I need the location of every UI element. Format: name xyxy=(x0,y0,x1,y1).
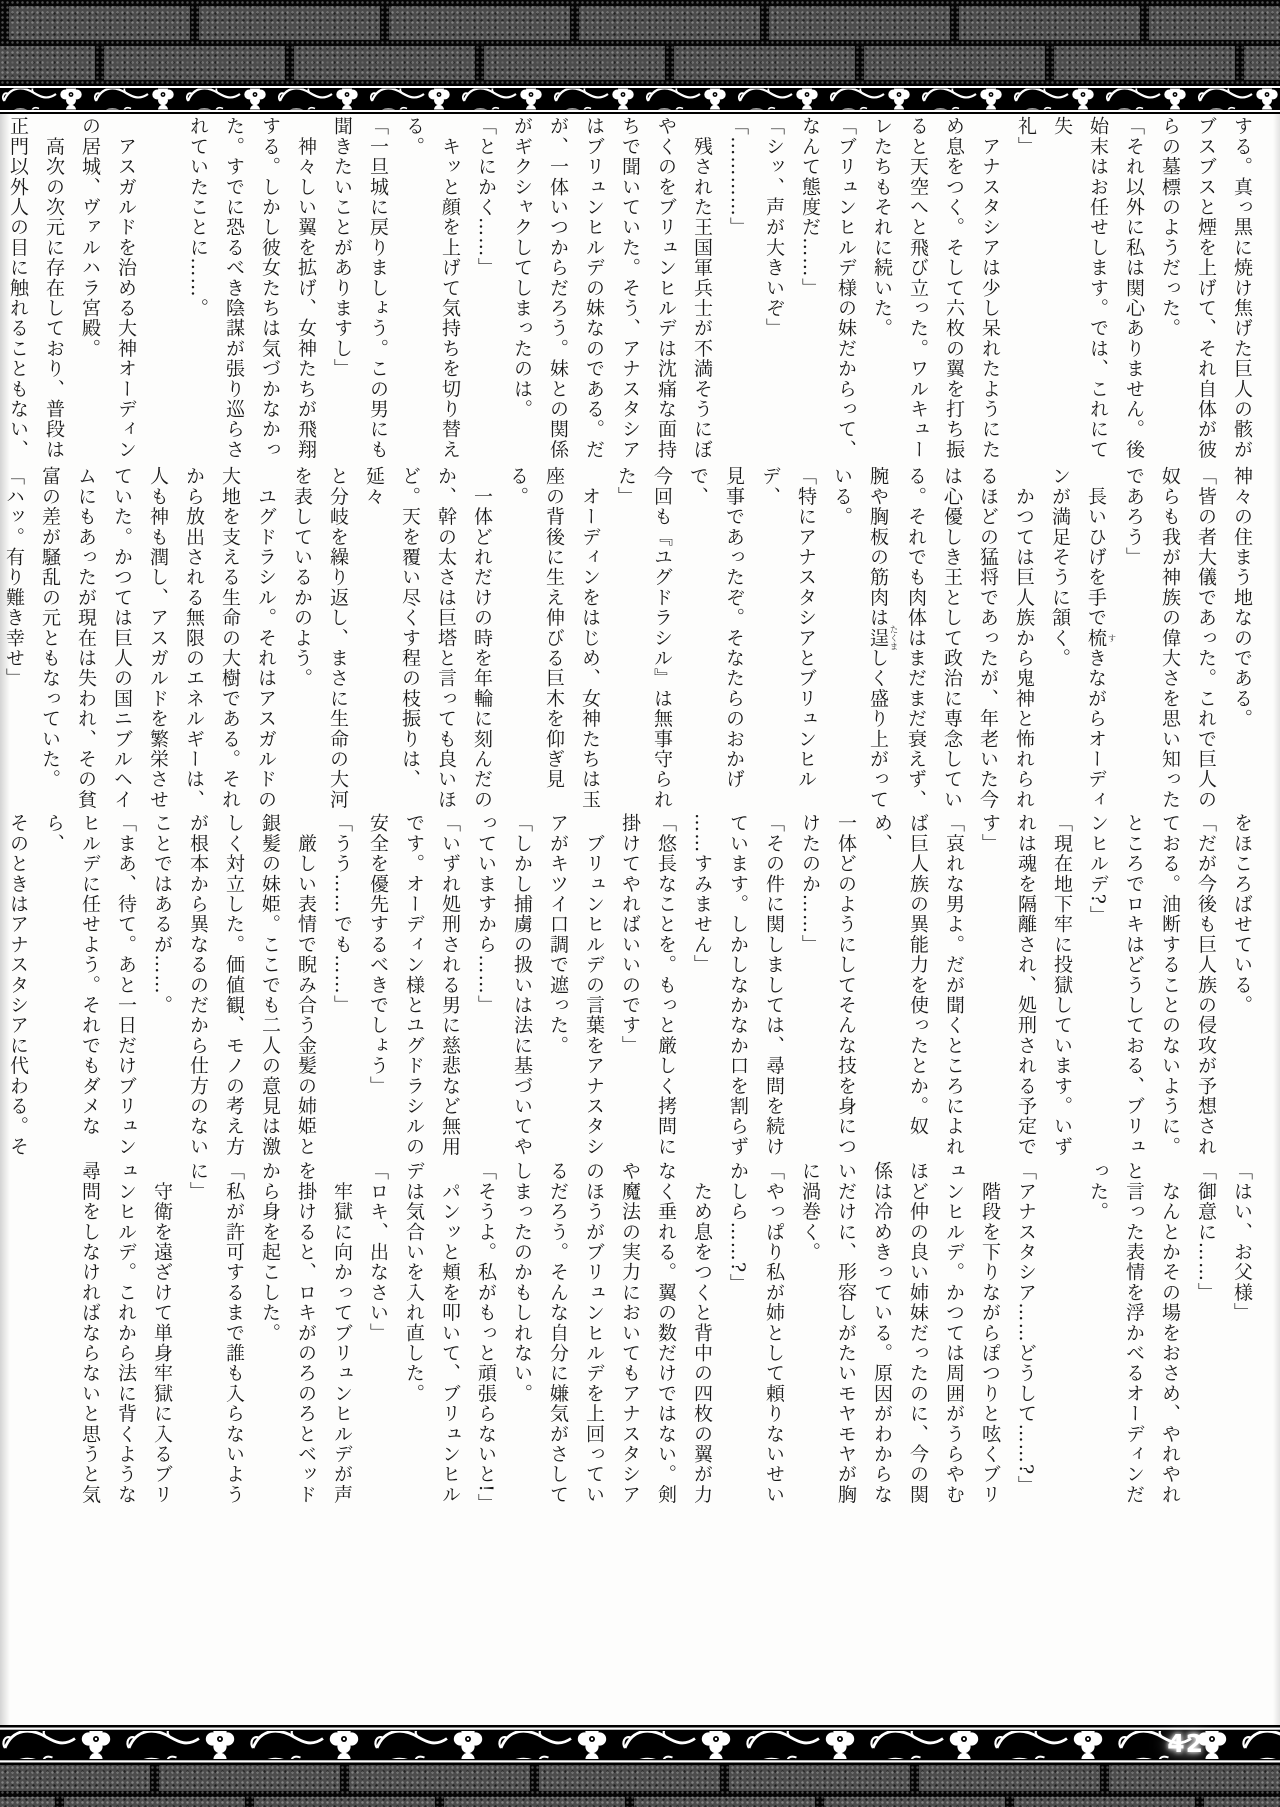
text-line: ブリュンヒルデの言葉をアナスタシ xyxy=(576,813,612,1163)
text-line: 「まあ、待て。あと一日だけブリュン xyxy=(108,813,144,1163)
text-line: るだろう。そんな自分に嫌気がさして xyxy=(540,1161,576,1511)
text-line: 「ロキ、出なさい」 xyxy=(360,1161,396,1511)
text-line: 正門以外人の目に触れることもない、 xyxy=(0,116,36,466)
text-line: 「一旦城に戻りましょう。この男にも xyxy=(360,116,396,466)
text-line: ブスブスと煙を上げて、それ自体が彼 xyxy=(1188,116,1224,466)
text-line: 「ハッ。有り難き幸せ」 xyxy=(0,466,32,816)
text-line: ば巨人族の異能力を使ったとか。奴め、 xyxy=(864,813,936,1163)
text-line: 守衛を遠ざけて単身牢獄に入るブリ xyxy=(144,1161,180,1511)
text-line: っていますから……」 xyxy=(468,813,504,1163)
text-line: 銀髪の妹姫。ここでも二人の意見は激 xyxy=(252,813,288,1163)
text-line: ュンヒルデ。かつては周囲がうらやむ xyxy=(936,1161,972,1511)
text-line: 「ブリュンヒルデ様の妹だからって、 xyxy=(828,116,864,466)
text-line: ておる。油断することのないように。 xyxy=(1152,813,1188,1163)
text-line: そのときはアナスタシアに代わる。そ xyxy=(0,813,36,1163)
text-line: 階段を下りながらぽつりと呟くブリ xyxy=(972,1161,1008,1511)
text-line: 神々しい翼を拡げ、女神たちが飛翔 xyxy=(288,116,324,466)
text-line: か、幹の太さは巨塔と言っても良いほ xyxy=(428,466,464,816)
text-line: 牢獄に向かってブリュンヒルデが声 xyxy=(324,1161,360,1511)
text-line: れは魂を隔離され、処刑される予定で xyxy=(1008,813,1044,1163)
text-line: ほど仲の良い姉妹だったのに、今の関 xyxy=(900,1161,936,1511)
text-line: デは気合いを入れ直した。 xyxy=(396,1161,432,1511)
text-line: かしら……?」 xyxy=(720,1161,756,1511)
text-line: 安全を優先するべきでしょう」 xyxy=(360,813,396,1163)
text-line: ちで聞いていた。そう、アナスタシア xyxy=(612,116,648,466)
text-line: ことではあるが……。 xyxy=(144,813,180,1163)
text-line: アがキツイ口調で遮った。 xyxy=(540,813,576,1163)
text-line: レたちもそれに続いた。 xyxy=(864,116,900,466)
text-line: 係は冷めきっている。原因がわからな xyxy=(864,1161,900,1511)
text-line: を表しているかのよう。 xyxy=(284,466,320,816)
text-line: をほころばせている。 xyxy=(1224,813,1260,1163)
text-line: め息をつく。そして六枚の翼を打ち振 xyxy=(936,116,972,466)
text-line: のほうがブリュンヒルデを上回ってい xyxy=(576,1161,612,1511)
text-line: に渦巻く。 xyxy=(792,1161,828,1511)
text-line: 「それ以外に私は関心ありません。後 xyxy=(1116,116,1152,466)
text-line: ……すみません」 xyxy=(684,813,720,1163)
text-line: る。それでも肉体はまだまだ衰えず、 xyxy=(898,466,934,816)
text-line: ど。天を覆い尽くす程の枝振りは、延々 xyxy=(356,466,428,816)
text-line: 「うう……でも……」 xyxy=(324,813,360,1163)
text-line: ていた。かつては巨人の国ニブルヘイ xyxy=(104,466,140,816)
text-line: しく対立した。価値観、モノの考え方 xyxy=(216,813,252,1163)
blank-line xyxy=(1044,1161,1080,1511)
text-line: ところでロキはどうしておる、ブリュ xyxy=(1116,813,1152,1163)
text-band-4: 「はい、お父様」「御意に……」 なんとかその場をおさめ、やれやれと言った表情を浮… xyxy=(22,1161,1260,1511)
text-line: と言った表情を浮かべるオーディンだ xyxy=(1116,1161,1152,1511)
text-line: ムにもあったが現在は失われ、その貧 xyxy=(68,466,104,816)
page-number: 42 xyxy=(1167,1729,1204,1758)
text-line: の居城、ヴァルハラ宮殿。 xyxy=(72,116,108,466)
text-line: 始末はお任せします。では、これにて失 xyxy=(1044,116,1116,466)
text-line: 「アナスタシア……どうして……?」 xyxy=(1008,1161,1044,1511)
text-line: ンヒルデ?」 xyxy=(1080,813,1116,1163)
text-line: った。 xyxy=(1080,1161,1116,1511)
text-line: 「悠長なことを。もっと厳しく拷問に xyxy=(648,813,684,1163)
text-line: 聞きたいことがありますし」 xyxy=(324,116,360,466)
text-line: 一体どのようにしてそんな技を身につ xyxy=(828,813,864,1163)
text-line: 神々の住まう地なのである。 xyxy=(1224,466,1260,816)
text-line: 「御意に……」 xyxy=(1188,1161,1224,1511)
text-line: ユグドラシル。それはアスガルドの xyxy=(248,466,284,816)
text-line: オーディンをはじめ、女神たちは玉 xyxy=(572,466,608,816)
text-line: 奴らも我が神族の偉大さを思い知った xyxy=(1152,466,1188,816)
text-line: 「しかし捕虜の扱いは法に基づいてや xyxy=(504,813,540,1163)
text-line: ンが満足そうに頷く。 xyxy=(1042,466,1078,816)
text-line: 「哀れな男よ。だが聞くところによれ xyxy=(936,813,972,1163)
text-line: 腕や胸板の筋肉は逞たくましく盛り上がって xyxy=(860,466,898,816)
text-line: いる。 xyxy=(824,466,860,816)
text-line: 「はい、お父様」 xyxy=(1224,1161,1260,1511)
text-line: 「やっぱり私が姉として頼りないせい xyxy=(756,1161,792,1511)
text-line: する。しかし彼女たちは気づかなかっ xyxy=(252,116,288,466)
text-line: る。 xyxy=(396,116,432,466)
text-line: はブリュンヒルデの妹なのである。だ xyxy=(576,116,612,466)
text-line: アナスタシアは少し呆れたようにた xyxy=(972,116,1008,466)
text-line: 尋問をしなければならないと思うと気 xyxy=(72,1161,108,1511)
text-line: が根本から異なるのだから仕方のない xyxy=(180,813,216,1163)
text-line: 見事であったぞ。そなたらのおかげで、 xyxy=(680,466,752,816)
text-line: らの墓標のようだった。 xyxy=(1152,116,1188,466)
text-line: ヒルデに任せよう。それでもダメなら、 xyxy=(36,813,108,1163)
text-line: する。真っ黒に焼け焦げた巨人の骸が xyxy=(1224,116,1260,466)
text-line: 長いひげを手で梳すきながらオーディ xyxy=(1078,466,1116,816)
text-line: が、一体いつからだろう。妹との関係 xyxy=(540,116,576,466)
text-line: キッと顔を上げて気持ちを切り替え xyxy=(432,116,468,466)
text-line: から放出される無限のエネルギーは、 xyxy=(176,466,212,816)
text-line: ため息をつくと背中の四枚の翼が力 xyxy=(684,1161,720,1511)
text-line: パンッと頬を叩いて、ブリュンヒル xyxy=(432,1161,468,1511)
text-line: 「いずれ処刑される男に慈悲など無用 xyxy=(432,813,468,1163)
text-line: 「シッ、声が大きいぞ」 xyxy=(756,116,792,466)
text-line: アスガルドを治める大神オーディン xyxy=(108,116,144,466)
text-line: であろう」 xyxy=(1116,466,1152,816)
text-line: 掛けてやればいいのです」 xyxy=(612,813,648,1163)
text-line: 「そうよ。私がもっと頑張らないと!」 xyxy=(468,1161,504,1511)
text-line: を掛けると、ロキがのろのろとベッド xyxy=(288,1161,324,1511)
text-line: いだけに、形容しがたいモヤモヤが胸 xyxy=(828,1161,864,1511)
text-line: 富の差が騒乱の元ともなっていた。 xyxy=(32,466,68,816)
text-line: 「皆の者大儀であった。これで巨人の xyxy=(1188,466,1224,816)
text-line: ると天空へと飛び立った。ワルキュー xyxy=(900,116,936,466)
text-line: と分岐を繰り返し、まさに生命の大河 xyxy=(320,466,356,816)
text-line: れていたことに……。 xyxy=(180,116,216,466)
text-line: 今回も『ユグドラシル』は無事守られ xyxy=(644,466,680,816)
text-line: 座の背後に生え伸びる巨木を仰ぎ見る。 xyxy=(500,466,572,816)
text-line: に」 xyxy=(180,1161,216,1511)
text-line: 「その件に関しましては、尋問を続け xyxy=(756,813,792,1163)
brick-wall-border-top xyxy=(0,0,1280,84)
text-band-3: をほころばせている。「だが今後も巨人族の侵攻が予想されておる。油断することのない… xyxy=(22,813,1260,1163)
text-line: 高次の次元に存在しており、普段は xyxy=(36,116,72,466)
text-line: や魔法の実力においてもアナスタシア xyxy=(612,1161,648,1511)
text-line: 「現在地下牢に投獄しています。いず xyxy=(1044,813,1080,1163)
blank-line xyxy=(144,116,180,466)
text-line: 大地を支える生命の大樹である。それ xyxy=(212,466,248,816)
text-line: ュンヒルデ。これから法に背くような xyxy=(108,1161,144,1511)
text-line: 一体どれだけの時を年輪に刻んだの xyxy=(464,466,500,816)
text-line: です。オーディン様とユグドラシルの xyxy=(396,813,432,1163)
text-line: るほどの猛将であったが、年老いた今 xyxy=(970,466,1006,816)
scan-shadow-right xyxy=(1273,114,1280,1725)
text-line: す」 xyxy=(972,813,1008,1163)
text-line: かつては巨人族から鬼神と怖れられ xyxy=(1006,466,1042,816)
ornament-border-top xyxy=(0,84,1280,114)
text-line: 「とにかく……」 xyxy=(468,116,504,466)
text-line: 人も神も潤し、アスガルドを繁栄させ xyxy=(140,466,176,816)
text-line: た」 xyxy=(608,466,644,816)
text-line: なんとかその場をおさめ、やれやれ xyxy=(1152,1161,1188,1511)
text-line: ています。しかしなかなか口を割らず xyxy=(720,813,756,1163)
text-line: 「…………」 xyxy=(720,116,756,466)
text-line: から身を起こした。 xyxy=(252,1161,288,1511)
text-line: 「私が許可するまで誰も入らないよう xyxy=(216,1161,252,1511)
text-line: 「だが今後も巨人族の侵攻が予想され xyxy=(1188,813,1224,1163)
text-line: がギクシャクしてしまったのは。 xyxy=(504,116,540,466)
flower-vine-ornament-icon xyxy=(0,1731,1280,1759)
text-line: しまったのかもしれない。 xyxy=(504,1161,540,1511)
brick-wall-border-bottom xyxy=(0,1765,1280,1807)
text-band-2: 神々の住まう地なのである。「皆の者大儀であった。これで巨人の奴らも我が神族の偉大… xyxy=(22,466,1260,816)
text-line: けたのか……」 xyxy=(792,813,828,1163)
text-band-1: する。真っ黒に焼け焦げた巨人の骸がブスブスと煙を上げて、それ自体が彼らの墓標のよ… xyxy=(22,116,1260,466)
text-line: 厳しい表情で睨み合う金髪の姉姫と xyxy=(288,813,324,1163)
text-line: なんて態度だ……」 xyxy=(792,116,828,466)
text-line: やくのをブリュンヒルデは沈痛な面持 xyxy=(648,116,684,466)
text-line: 礼」 xyxy=(1008,116,1044,466)
novel-page: する。真っ黒に焼け焦げた巨人の骸がブスブスと煙を上げて、それ自体が彼らの墓標のよ… xyxy=(0,0,1280,1807)
text-line: 残された王国軍兵士が不満そうにぼ xyxy=(684,116,720,466)
ornament-border-bottom xyxy=(0,1725,1280,1765)
flower-vine-ornament-icon xyxy=(0,89,1280,110)
text-line: なく垂れる。翼の数だけではない。剣 xyxy=(648,1161,684,1511)
text-line: 「特にアナスタシアとブリュンヒルデ、 xyxy=(752,466,824,816)
text-line: は心優しき王として政治に専念してい xyxy=(934,466,970,816)
text-line: た。すでに恐るべき陰謀が張り巡らさ xyxy=(216,116,252,466)
